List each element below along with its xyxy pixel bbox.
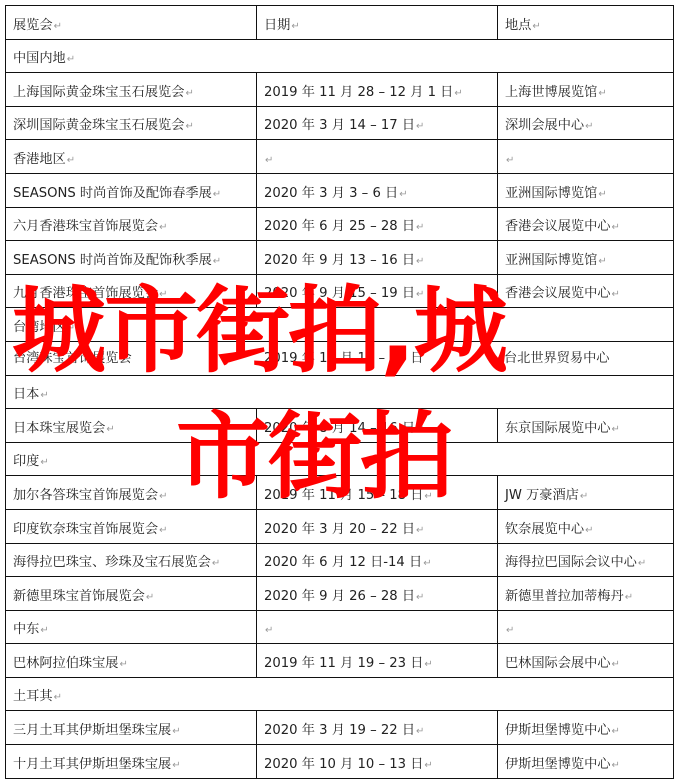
region-label: 日本↵ — [6, 375, 674, 409]
exhibition-venue: 香港会议展览中心↵ — [498, 274, 674, 308]
paragraph-mark-icon: ↵ — [423, 558, 431, 569]
exhibition-venue: 深圳会展中心↵ — [498, 106, 674, 140]
exhibition-date: 2019 年 11 月 19 – 23 日↵ — [257, 644, 498, 678]
region-label: 香港地区↵ — [6, 140, 257, 174]
region-label-text: 日本 — [13, 387, 39, 402]
paragraph-mark-icon: ↵ — [598, 256, 606, 267]
exhibition-venue-text: 香港会议展览中心 — [505, 286, 611, 301]
exhibition-date-text: 2020 年 3 月 19 – 22 日 — [264, 723, 415, 738]
paragraph-mark-icon: ↵ — [106, 424, 114, 435]
exhibition-date: 2020 年 3 月 20 – 22 日↵ — [257, 509, 498, 543]
exhibition-name-text: 巴林阿拉伯珠宝展 — [13, 656, 119, 671]
paragraph-mark-icon: ↵ — [585, 121, 593, 132]
region-label: 中东↵ — [6, 610, 257, 644]
paragraph-mark-icon: ↵ — [585, 525, 593, 536]
exhibition-venue-text: 上海世博展览馆 — [505, 85, 597, 100]
exhibition-name-text: 日本珠宝展览会 — [13, 421, 105, 436]
exhibition-venue-text: JW 万豪酒店 — [505, 488, 579, 503]
exhibition-venue-text: 钦奈展览中心 — [505, 522, 584, 537]
exhibition-name: 六月香港珠宝首饰展览会↵ — [6, 207, 257, 241]
exhibition-name-text: 九月香港珠宝首饰展览会 — [13, 286, 158, 301]
table-row: 上海国际黄金珠宝玉石展览会↵2019 年 11 月 28 – 12 月 1 日↵… — [6, 73, 674, 107]
exhibition-date: ↵ — [257, 140, 498, 174]
exhibition-name: 九月香港珠宝首饰展览会↵ — [6, 274, 257, 308]
exhibition-date-text: 2020 年 9 月 26 – 28 日 — [264, 589, 415, 604]
exhibition-date: 2020 年 3 月 19 – 22 日↵ — [257, 711, 498, 745]
exhibition-name: 深圳国际黄金珠宝玉石展览会↵ — [6, 106, 257, 140]
exhibition-date: 2020 年 9 月 13 – 16 日↵ — [257, 241, 498, 275]
exhibition-name: 三月土耳其伊斯坦堡珠宝展↵ — [6, 711, 257, 745]
paragraph-mark-icon: ↵ — [416, 256, 424, 267]
paragraph-mark-icon: ↵ — [416, 726, 424, 737]
paragraph-mark-icon: ↵ — [172, 760, 180, 771]
exhibition-name-text: 印度钦奈珠宝首饰展览会 — [13, 522, 158, 537]
entry-date-text: 2019 年 11 月 15 – 18 日 — [264, 347, 423, 371]
exhibition-venue: 伊斯坦堡博览中心↵ — [498, 745, 674, 779]
paragraph-mark-icon: ↵ — [612, 424, 620, 435]
exhibition-date-text: 2020 年 3 月 3 – 6 日 — [264, 186, 398, 201]
table-row: 海得拉巴珠宝、珍珠及宝石展览会↵2020 年 6 月 12 日-14 日↵海得拉… — [6, 543, 674, 577]
exhibition-name-text: 海得拉巴珠宝、珍珠及宝石展览会 — [13, 555, 211, 570]
exhibition-venue-text: 海得拉巴国际会议中心 — [505, 555, 637, 570]
exhibition-venue: 钦奈展览中心↵ — [498, 509, 674, 543]
region-row: 日本↵ — [6, 375, 674, 409]
paragraph-mark-icon: ↵ — [54, 21, 62, 32]
region-label: 土耳其↵ — [6, 677, 674, 711]
paragraph-mark-icon: ↵ — [506, 625, 514, 636]
exhibition-date: 2020 年 3 月 14 – 17 日↵ — [257, 106, 498, 140]
header-exhibition-label: 展览会 — [13, 18, 53, 33]
exhibition-venue: 伊斯坦堡博览中心↵ — [498, 711, 674, 745]
exhibition-date-text: 2020 年 6 月 12 日-14 日 — [264, 555, 422, 570]
exhibition-name-text: 上海国际黄金珠宝玉石展览会 — [13, 85, 184, 100]
region-row: 香港地区↵↵↵ — [6, 140, 674, 174]
spanning-entry-cell: 台湾珠宝首饰展览会2019 年 11 月 15 – 18 日台北世界贸易中心 — [6, 341, 674, 375]
paragraph-mark-icon: ↵ — [185, 121, 193, 132]
paragraph-mark-icon: ↵ — [213, 256, 221, 267]
paragraph-mark-icon: ↵ — [612, 289, 620, 300]
exhibition-venue: 巴林国际会展中心↵ — [498, 644, 674, 678]
paragraph-mark-icon: ↵ — [424, 760, 432, 771]
exhibition-date: 2020 年 9 月 26 – 28 日↵ — [257, 577, 498, 611]
exhibition-venue: 香港会议展览中心↵ — [498, 207, 674, 241]
paragraph-mark-icon: ↵ — [416, 525, 424, 536]
exhibition-venue-text: 东京国际展览中心 — [505, 421, 611, 436]
exhibition-name: 加尔各答珠宝首饰展览会↵ — [6, 476, 257, 510]
exhibition-venue: 亚洲国际博览馆↵ — [498, 173, 674, 207]
exhibition-venue: 新德里普拉加蒂梅丹↵ — [498, 577, 674, 611]
header-exhibition: 展览会↵ — [6, 6, 257, 40]
exhibition-venue-text: 亚洲国际博览馆 — [505, 253, 597, 268]
exhibition-venue-text: 香港会议展览中心 — [505, 219, 611, 234]
table-row: 日本珠宝展览会↵2020 年 8 月 14 – 16 日↵东京国际展览中心↵ — [6, 409, 674, 443]
exhibition-date: ↵ — [257, 610, 498, 644]
exhibition-name-text: SEASONS 时尚首饰及配饰秋季展 — [13, 253, 212, 268]
exhibition-date: 2020 年 6 月 12 日-14 日↵ — [257, 543, 498, 577]
paragraph-mark-icon: ↵ — [40, 457, 48, 468]
exhibition-venue-text: 伊斯坦堡博览中心 — [505, 723, 611, 738]
exhibition-venue-text: 亚洲国际博览馆 — [505, 186, 597, 201]
exhibition-venue: JW 万豪酒店↵ — [498, 476, 674, 510]
paragraph-mark-icon: ↵ — [212, 558, 220, 569]
exhibition-date: 2019 年 11 月 28 – 12 月 1 日↵ — [257, 73, 498, 107]
paragraph-mark-icon: ↵ — [424, 491, 432, 502]
region-label: 台湾地区↵ — [6, 308, 674, 342]
paragraph-mark-icon: ↵ — [67, 323, 75, 334]
exhibition-name: 新德里珠宝首饰展览会↵ — [6, 577, 257, 611]
exhibition-date: 2020 年 10 月 10 – 13 日↵ — [257, 745, 498, 779]
exhibition-name: 海得拉巴珠宝、珍珠及宝石展览会↵ — [6, 543, 257, 577]
exhibition-name: 印度钦奈珠宝首饰展览会↵ — [6, 509, 257, 543]
paragraph-mark-icon: ↵ — [265, 625, 273, 636]
paragraph-mark-icon: ↵ — [416, 424, 424, 435]
exhibition-date-text: 2020 年 9 月 13 – 16 日 — [264, 253, 415, 268]
paragraph-mark-icon: ↵ — [416, 289, 424, 300]
header-date: 日期↵ — [257, 6, 498, 40]
exhibition-date-text: 2020 年 10 月 10 – 13 日 — [264, 757, 423, 772]
exhibition-date-text: 2020 年 3 月 14 – 17 日 — [264, 118, 415, 133]
exhibition-name-text: 加尔各答珠宝首饰展览会 — [13, 488, 158, 503]
header-venue-label: 地点 — [505, 18, 531, 33]
exhibition-name: SEASONS 时尚首饰及配饰春季展↵ — [6, 173, 257, 207]
paragraph-mark-icon: ↵ — [67, 155, 75, 166]
paragraph-mark-icon: ↵ — [265, 155, 273, 166]
region-label-text: 印度 — [13, 454, 39, 469]
paragraph-mark-icon: ↵ — [40, 390, 48, 401]
region-row: 中东↵↵↵ — [6, 610, 674, 644]
exhibition-date-text: 2019 年 11 月 19 – 23 日 — [264, 656, 423, 671]
region-label-text: 中国内地 — [13, 51, 66, 66]
paragraph-mark-icon: ↵ — [424, 659, 432, 670]
paragraph-mark-icon: ↵ — [598, 189, 606, 200]
exhibition-venue-text: 深圳会展中心 — [505, 118, 584, 133]
exhibition-venue-text: 伊斯坦堡博览中心 — [505, 757, 611, 772]
table-row: 六月香港珠宝首饰展览会↵2020 年 6 月 25 – 28 日↵香港会议展览中… — [6, 207, 674, 241]
table-row: 深圳国际黄金珠宝玉石展览会↵2020 年 3 月 14 – 17 日↵深圳会展中… — [6, 106, 674, 140]
table-row: 巴林阿拉伯珠宝展↵2019 年 11 月 19 – 23 日↵巴林国际会展中心↵ — [6, 644, 674, 678]
exhibition-venue-text: 新德里普拉加蒂梅丹 — [505, 589, 624, 604]
paragraph-mark-icon: ↵ — [598, 88, 606, 99]
exhibition-venue: ↵ — [498, 140, 674, 174]
exhibition-date-text: 2020 年 8 月 14 – 16 日 — [264, 421, 415, 436]
exhibition-date: 2020 年 8 月 14 – 16 日↵ — [257, 409, 498, 443]
header-date-label: 日期 — [264, 18, 290, 33]
paragraph-mark-icon: ↵ — [399, 189, 407, 200]
exhibition-venue: ↵ — [498, 610, 674, 644]
exhibition-name: SEASONS 时尚首饰及配饰秋季展↵ — [6, 241, 257, 275]
table-row: 九月香港珠宝首饰展览会↵2020 年 9 月 15 – 19 日↵香港会议展览中… — [6, 274, 674, 308]
paragraph-mark-icon: ↵ — [416, 592, 424, 603]
exhibition-name-text: 新德里珠宝首饰展览会 — [13, 589, 145, 604]
exhibition-date: 2020 年 6 月 25 – 28 日↵ — [257, 207, 498, 241]
table-row: 新德里珠宝首饰展览会↵2020 年 9 月 26 – 28 日↵新德里普拉加蒂梅… — [6, 577, 674, 611]
exhibition-name-text: SEASONS 时尚首饰及配饰春季展 — [13, 186, 212, 201]
region-row: 印度↵ — [6, 442, 674, 476]
exhibition-date: 2019 年 11 月 15 – 18 日↵ — [257, 476, 498, 510]
paragraph-mark-icon: ↵ — [416, 121, 424, 132]
table-row: SEASONS 时尚首饰及配饰春季展↵2020 年 3 月 3 – 6 日↵亚洲… — [6, 173, 674, 207]
paragraph-mark-icon: ↵ — [612, 659, 620, 670]
exhibition-name-text: 十月土耳其伊斯坦堡珠宝展 — [13, 757, 171, 772]
paragraph-mark-icon: ↵ — [612, 760, 620, 771]
exhibition-name: 日本珠宝展览会↵ — [6, 409, 257, 443]
exhibition-name: 十月土耳其伊斯坦堡珠宝展↵ — [6, 745, 257, 779]
region-label-text: 土耳其 — [13, 689, 53, 704]
exhibition-date-text: 2020 年 6 月 25 – 28 日 — [264, 219, 415, 234]
paragraph-mark-icon: ↵ — [625, 592, 633, 603]
region-row: 台湾地区↵ — [6, 308, 674, 342]
header-venue: 地点↵ — [498, 6, 674, 40]
region-label: 中国内地↵ — [6, 39, 674, 73]
exhibition-venue: 上海世博展览馆↵ — [498, 73, 674, 107]
paragraph-mark-icon: ↵ — [213, 189, 221, 200]
document-page: 展览会↵ 日期↵ 地点↵ 中国内地↵上海国际黄金珠宝玉石展览会↵2019 年 1… — [0, 0, 675, 779]
region-label: 印度↵ — [6, 442, 674, 476]
paragraph-mark-icon: ↵ — [612, 222, 620, 233]
paragraph-mark-icon: ↵ — [54, 692, 62, 703]
region-label-text: 香港地区 — [13, 152, 66, 167]
region-label-text: 中东 — [13, 622, 39, 637]
paragraph-mark-icon: ↵ — [291, 21, 299, 32]
exhibition-venue: 东京国际展览中心↵ — [498, 409, 674, 443]
paragraph-mark-icon: ↵ — [120, 659, 128, 670]
entry-venue-text: 台北世界贸易中心 — [504, 347, 610, 371]
paragraph-mark-icon: ↵ — [638, 558, 646, 569]
paragraph-mark-icon: ↵ — [40, 625, 48, 636]
paragraph-mark-icon: ↵ — [580, 491, 588, 502]
exhibition-date-text: 2019 年 11 月 28 – 12 月 1 日 — [264, 85, 453, 100]
table-row: 台湾珠宝首饰展览会2019 年 11 月 15 – 18 日台北世界贸易中心 — [6, 341, 674, 375]
paragraph-mark-icon: ↵ — [159, 525, 167, 536]
paragraph-mark-icon: ↵ — [454, 88, 462, 99]
table-row: 加尔各答珠宝首饰展览会↵2019 年 11 月 15 – 18 日↵JW 万豪酒… — [6, 476, 674, 510]
exhibition-date-text: 2019 年 11 月 15 – 18 日 — [264, 488, 423, 503]
paragraph-mark-icon: ↵ — [416, 222, 424, 233]
entry-exhibition-text: 台湾珠宝首饰展览会 — [13, 347, 132, 371]
table-header-row: 展览会↵ 日期↵ 地点↵ — [6, 6, 674, 40]
exhibition-date: 2020 年 9 月 15 – 19 日↵ — [257, 274, 498, 308]
exhibition-date: 2020 年 3 月 3 – 6 日↵ — [257, 173, 498, 207]
exhibition-date-text: 2020 年 3 月 20 – 22 日 — [264, 522, 415, 537]
exhibition-name-text: 深圳国际黄金珠宝玉石展览会 — [13, 118, 184, 133]
exhibition-name: 上海国际黄金珠宝玉石展览会↵ — [6, 73, 257, 107]
table-row: 十月土耳其伊斯坦堡珠宝展↵2020 年 10 月 10 – 13 日↵伊斯坦堡博… — [6, 745, 674, 779]
exhibition-table: 展览会↵ 日期↵ 地点↵ 中国内地↵上海国际黄金珠宝玉石展览会↵2019 年 1… — [5, 5, 674, 779]
region-row: 土耳其↵ — [6, 677, 674, 711]
exhibition-venue: 亚洲国际博览馆↵ — [498, 241, 674, 275]
paragraph-mark-icon: ↵ — [612, 726, 620, 737]
paragraph-mark-icon: ↵ — [532, 21, 540, 32]
table-row: 印度钦奈珠宝首饰展览会↵2020 年 3 月 20 – 22 日↵钦奈展览中心↵ — [6, 509, 674, 543]
region-row: 中国内地↵ — [6, 39, 674, 73]
exhibition-name-text: 三月土耳其伊斯坦堡珠宝展 — [13, 723, 171, 738]
exhibition-name: 巴林阿拉伯珠宝展↵ — [6, 644, 257, 678]
paragraph-mark-icon: ↵ — [185, 88, 193, 99]
paragraph-mark-icon: ↵ — [172, 726, 180, 737]
paragraph-mark-icon: ↵ — [159, 491, 167, 502]
paragraph-mark-icon: ↵ — [159, 222, 167, 233]
exhibition-name-text: 六月香港珠宝首饰展览会 — [13, 219, 158, 234]
exhibition-venue: 海得拉巴国际会议中心↵ — [498, 543, 674, 577]
region-label-text: 台湾地区 — [13, 320, 66, 335]
table-row: SEASONS 时尚首饰及配饰秋季展↵2020 年 9 月 13 – 16 日↵… — [6, 241, 674, 275]
table-row: 三月土耳其伊斯坦堡珠宝展↵2020 年 3 月 19 – 22 日↵伊斯坦堡博览… — [6, 711, 674, 745]
exhibition-venue-text: 巴林国际会展中心 — [505, 656, 611, 671]
paragraph-mark-icon: ↵ — [159, 289, 167, 300]
exhibition-date-text: 2020 年 9 月 15 – 19 日 — [264, 286, 415, 301]
paragraph-mark-icon: ↵ — [506, 155, 514, 166]
paragraph-mark-icon: ↵ — [146, 592, 154, 603]
paragraph-mark-icon: ↵ — [67, 54, 75, 65]
